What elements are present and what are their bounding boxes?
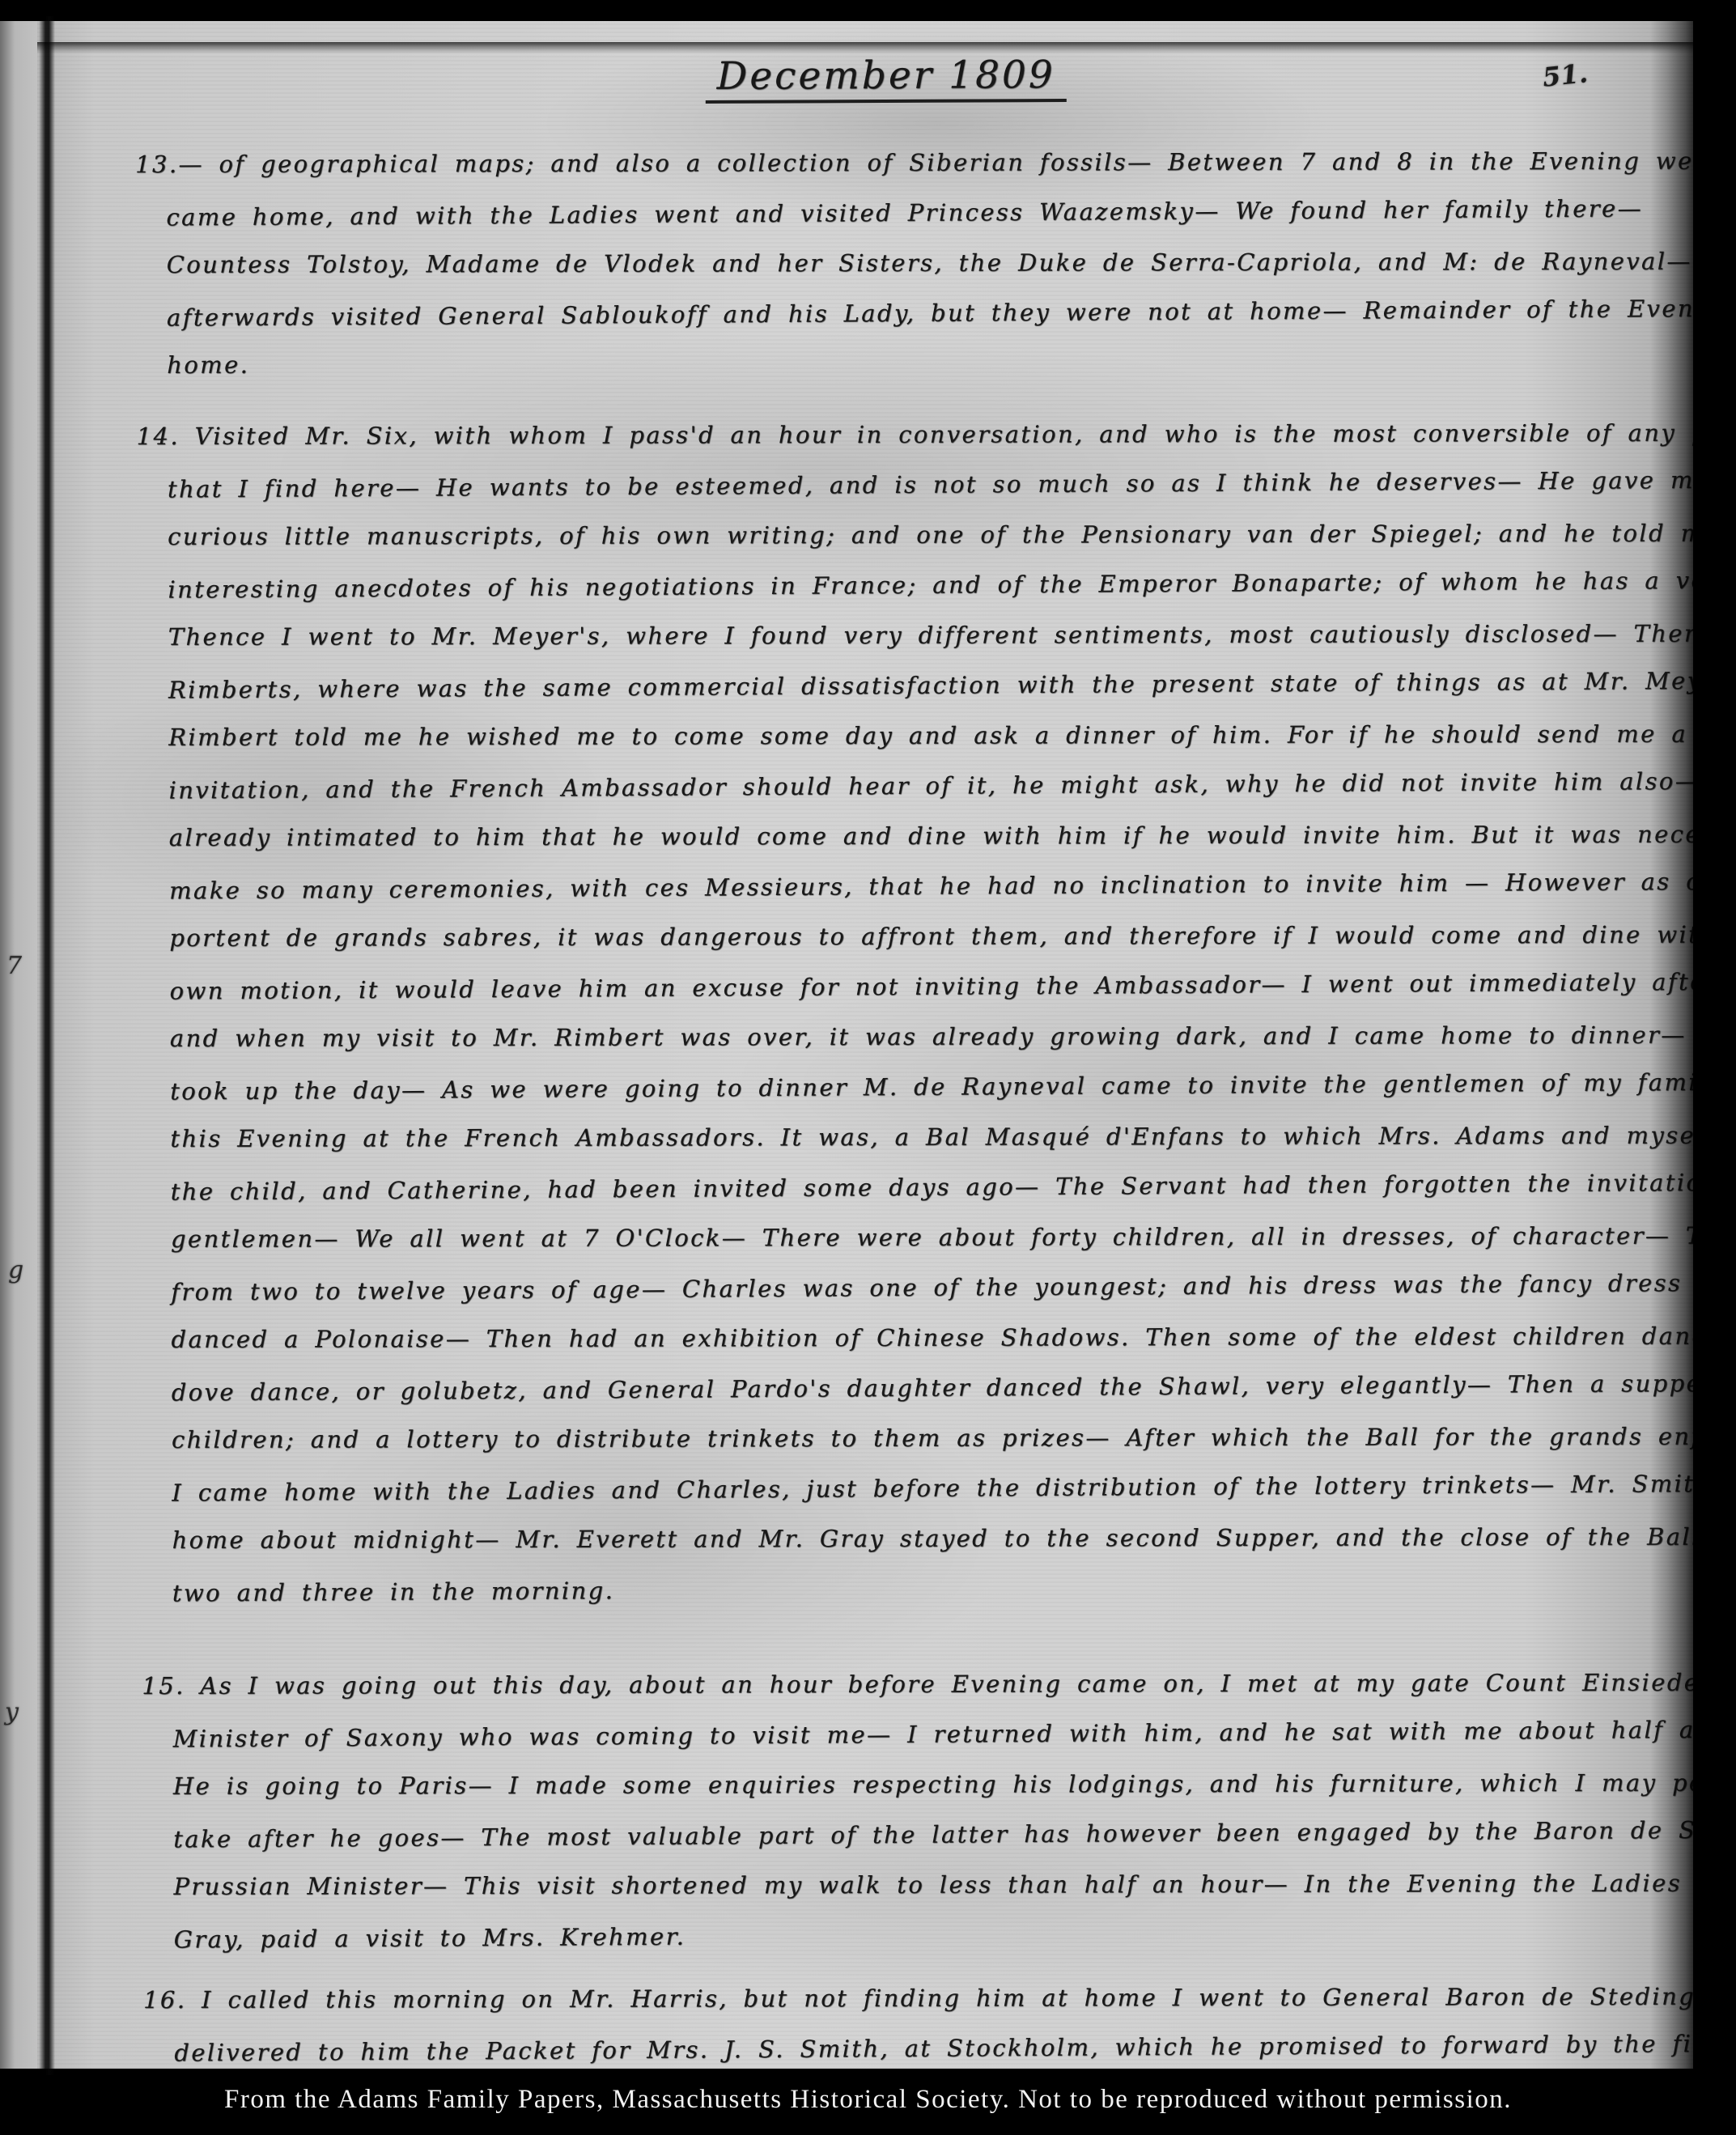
manuscript-line: took up the day— As we were going to din… (170, 1057, 1679, 1116)
facing-page-edge (0, 21, 37, 2069)
manuscript-line: delivered to him the Packet for Mrs. J. … (174, 2018, 1683, 2069)
manuscript-line: gentlemen— We all went at 7 O'Clock— The… (171, 1211, 1679, 1264)
manuscript-line: two and three in the morning. (172, 1559, 1681, 1618)
manuscript-text: December 1809 13.— of geographical maps;… (98, 50, 1683, 2069)
binding-crease (39, 16, 55, 2075)
manuscript-line: Countess Tolstoy, Madame de Vlodek and h… (167, 236, 1675, 290)
manuscript-line: this Evening at the French Ambassadors. … (170, 1110, 1679, 1164)
manuscript-line: and when my visit to Mr. Rimbert was ove… (170, 1010, 1679, 1063)
manuscript-line: Thence I went to Mr. Meyer's, where I fo… (168, 609, 1677, 662)
page-right-edge (1650, 21, 1707, 2069)
manuscript-line: invitation, and the French Ambassador sh… (168, 756, 1677, 815)
month-title: December 1809 (705, 53, 1066, 104)
manuscript-line: danced a Polonaise— Then had an exhibiti… (171, 1311, 1679, 1365)
manuscript-page: 51. December 1809 13.— of geographical m… (11, 21, 1693, 2069)
manuscript-line: came home, and with the Ladies went and … (166, 183, 1674, 242)
manuscript-line: I came home with the Ladies and Charles,… (172, 1458, 1680, 1517)
diary-entry-16: 16. I called this morning on Mr. Harris,… (174, 1970, 1683, 2069)
manuscript-line: curious little manuscripts, of his own w… (168, 508, 1676, 562)
diary-entry-14: 14. Visited Mr. Six, with whom I pass'd … (167, 406, 1680, 1617)
manuscript-line: 14. Visited Mr. Six, with whom I pass'd … (137, 408, 1676, 461)
manuscript-line: He is going to Paris— I made some enquir… (173, 1758, 1682, 1811)
manuscript-line: make so many ceremonies, with ces Messie… (169, 856, 1678, 915)
manuscript-line: already intimated to him that he would c… (169, 809, 1678, 863)
margin-ink-fragment: 7 (6, 952, 22, 980)
manuscript-line: dove dance, or golubetz, and General Par… (172, 1358, 1680, 1417)
margin-ink-fragment: g (8, 1256, 23, 1284)
manuscript-line: 13.— of geographical maps; and also a co… (135, 136, 1674, 189)
manuscript-line: portent de grands sabres, it was dangero… (169, 910, 1678, 963)
manuscript-line: take after he goes— The most valuable pa… (173, 1805, 1682, 1864)
manuscript-line: afterwards visited General Sabloukoff an… (167, 283, 1675, 342)
diary-entry-13: 13.— of geographical maps; and also a co… (166, 134, 1675, 392)
margin-ink-fragment: y (5, 1698, 19, 1726)
manuscript-line: children; and a lottery to distribute tr… (172, 1411, 1680, 1465)
manuscript-line: Rimberts, where was the same commercial … (168, 656, 1677, 715)
manuscript-line: 15. As I was going out this day, about a… (142, 1657, 1681, 1711)
manuscript-line: Minister of Saxony who was coming to vis… (172, 1704, 1681, 1764)
manuscript-line: Gray, paid a visit to Mrs. Krehmer. (174, 1905, 1683, 1964)
diary-entry-15: 15. As I was going out this day, about a… (172, 1656, 1683, 1963)
month-heading: December 1809 (98, 50, 1674, 141)
footer-caption: From the Adams Family Papers, Massachuse… (0, 2085, 1736, 2115)
diary-entries: 13.— of geographical maps; and also a co… (98, 134, 1683, 2069)
manuscript-line: that I find here— He wants to be esteeme… (168, 455, 1676, 514)
manuscript-line: home about midnight— Mr. Everett and Mr.… (172, 1512, 1680, 1565)
manuscript-line: own motion, it would leave him an excuse… (169, 957, 1678, 1016)
manuscript-line: 16. I called this morning on Mr. Harris,… (143, 1972, 1683, 2025)
manuscript-line: interesting anecdotes of his negotiation… (168, 555, 1676, 614)
manuscript-line: the child, and Catherine, had been invit… (170, 1157, 1679, 1216)
manuscript-line: from two to twelve years of age— Charles… (171, 1258, 1679, 1317)
manuscript-line: Rimbert told me he wished me to come som… (168, 709, 1677, 762)
manuscript-line: home. (167, 337, 1675, 390)
manuscript-line: Prussian Minister— This visit shortened … (173, 1858, 1682, 1912)
